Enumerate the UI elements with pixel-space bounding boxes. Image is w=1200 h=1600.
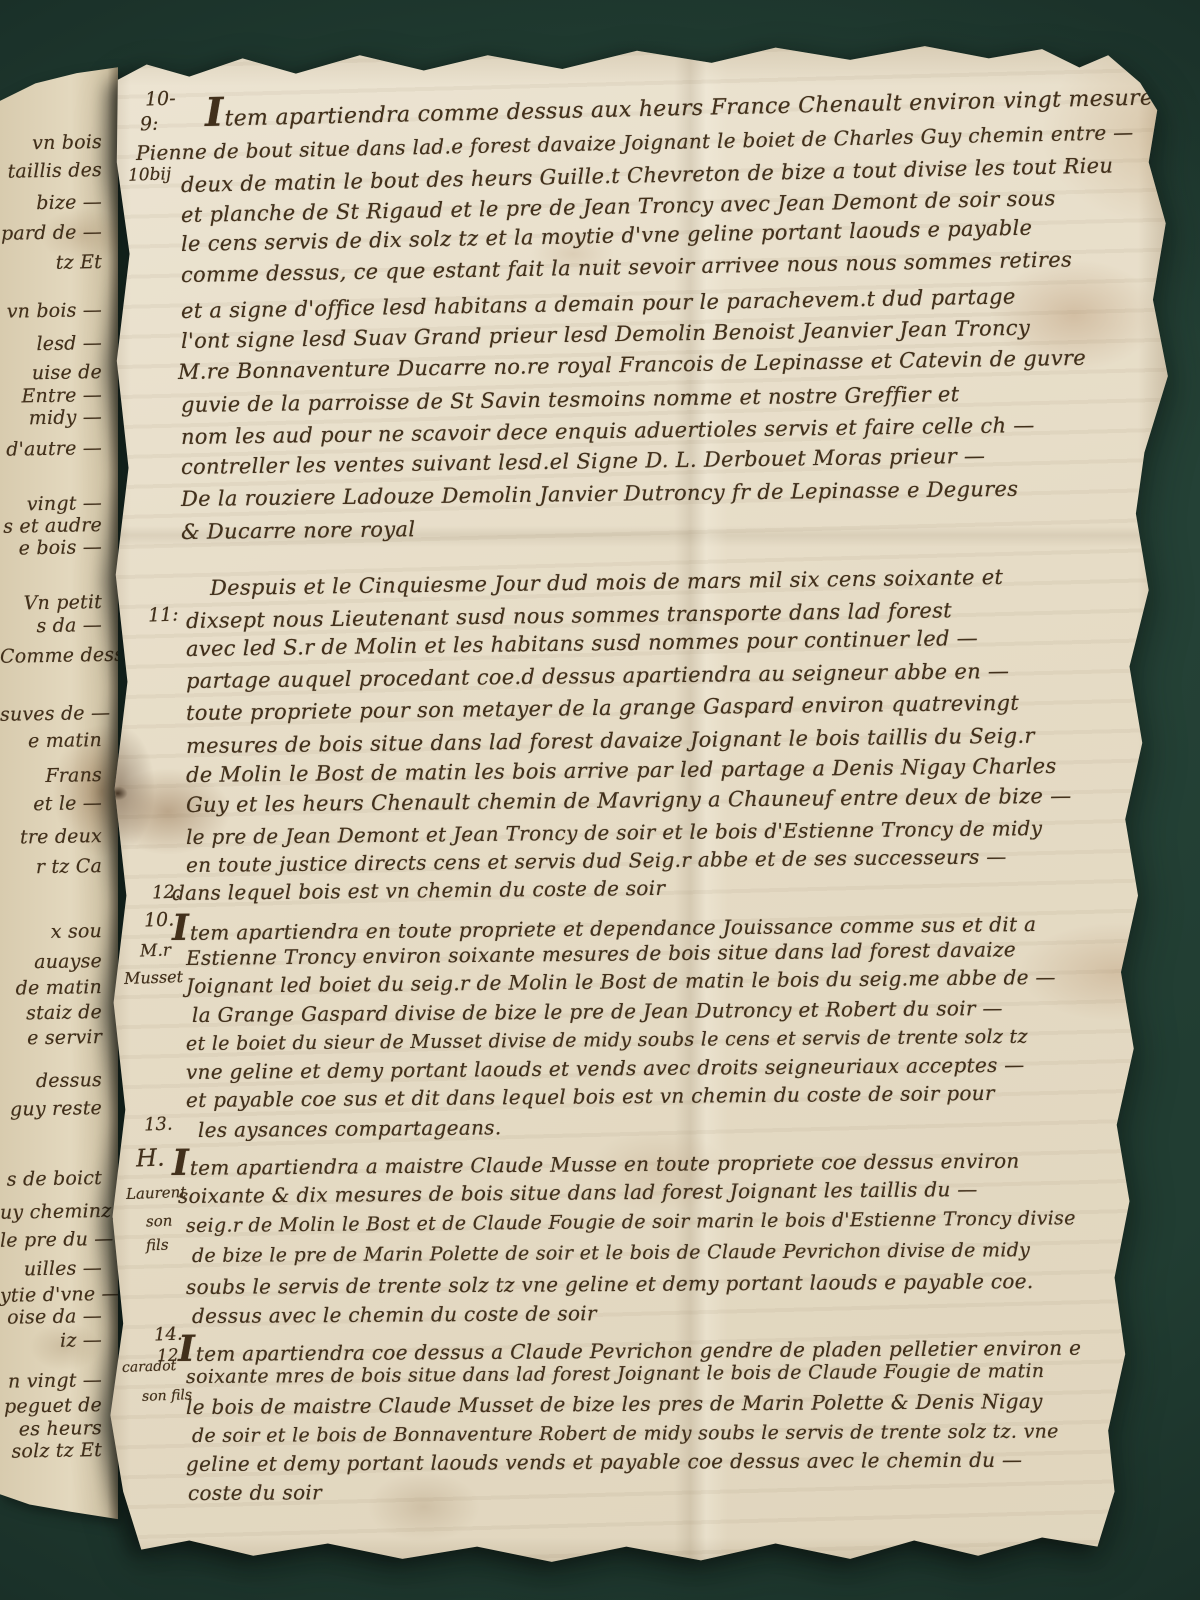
margin-number: caradot	[122, 1358, 177, 1376]
margin-number: M.r	[140, 940, 172, 961]
left-page-text-fragment: bize —	[0, 192, 102, 214]
manuscript-line: soixante & dix mesures de bois situe dan…	[178, 1176, 978, 1209]
left-page-text-fragment: vingt —	[0, 493, 102, 515]
left-page-text-fragment: staiz de	[0, 1002, 102, 1024]
left-page-text-fragment: r tz Ca	[0, 856, 102, 878]
left-page-text-fragment: e servir	[0, 1027, 102, 1049]
manuscript-photo: vn boistaillis desbize —pard de —tz Etvn…	[0, 0, 1200, 1600]
manuscript-line: De la rouziere Ladouze Demolin Janvier D…	[181, 476, 1019, 512]
manuscript-line: coste du soir	[188, 1479, 322, 1506]
manuscript-line: dans lequel bois est vn chemin du coste …	[172, 875, 666, 906]
manuscript-line: les aysances compartageans.	[198, 1114, 502, 1143]
left-page-text-fragment: uise de	[0, 362, 102, 384]
left-page-text-fragment: le pre du —	[0, 1229, 102, 1251]
left-page-text-fragment: vn bois	[0, 132, 102, 154]
left-page-edge: vn boistaillis desbize —pard de —tz Etvn…	[0, 60, 118, 1522]
left-page-text-fragment: taillis des	[0, 160, 102, 182]
margin-number: son	[146, 1212, 173, 1231]
left-page-text-fragment: peguet de	[0, 1395, 102, 1417]
margin-number: 9:	[140, 113, 159, 136]
left-page-text-fragment: Vn petit	[0, 592, 102, 614]
left-page-text-fragment: Entre —	[0, 385, 102, 407]
left-page-text-fragment: midy —	[0, 407, 102, 429]
left-page-text-fragment: et le —	[0, 793, 102, 815]
left-page-text-fragment: Frans	[0, 765, 102, 787]
manuscript-line: le bois de maistre Claude Musset de bize…	[186, 1388, 1043, 1420]
left-page-text-fragment: uilles —	[0, 1258, 102, 1280]
left-page-text-fragment: d'autre —	[0, 438, 102, 460]
manuscript-line: Guy et les heurs Chenault chemin de Mavr…	[186, 783, 1072, 818]
left-page-text-fragment: ytie d'vne —	[0, 1284, 102, 1306]
left-page-text-fragment: e bois —	[0, 537, 102, 559]
manuscript-line: Item apartiendra a maistre Claude Musse …	[172, 1143, 1020, 1181]
left-page-text-fragment: x sou	[0, 921, 102, 943]
manuscript-line: dessus avec le chemin du coste de soir	[192, 1300, 597, 1329]
manuscript-line: seig.r de Molin le Bost et de Claude Fou…	[186, 1205, 1076, 1239]
left-page-text-fragment: n vingt —	[0, 1370, 102, 1392]
margin-number: 10bij	[128, 164, 172, 185]
manuscript-line: & Ducarre nore royal	[181, 516, 416, 545]
left-page-text-fragment: guy reste	[0, 1098, 102, 1120]
left-page-text-fragment: s da —	[0, 615, 102, 637]
margin-number: H.	[136, 1144, 166, 1173]
left-page-text-fragment: tre deux	[0, 826, 102, 848]
manuscript-line: guvie de la parroisse de St Savin tesmoi…	[181, 381, 960, 418]
margin-number: 11:	[148, 603, 179, 626]
manuscript-line: contreller les ventes suivant lesd.el Si…	[181, 443, 986, 480]
left-page-text-fragment: auayse	[0, 951, 102, 973]
margin-number: son fils	[142, 1387, 193, 1405]
left-page-text-fragment: s de boict	[0, 1168, 102, 1190]
manuscript-line: et payable coe sus et dit dans lequel bo…	[186, 1080, 995, 1113]
left-page-text-fragment: s et audre	[0, 515, 102, 537]
left-page-text-fragment: es heurs	[0, 1418, 102, 1440]
left-page-paper: vn boistaillis desbize —pard de —tz Etvn…	[0, 60, 118, 1522]
left-page-text-fragment: oise da —	[0, 1306, 102, 1328]
manuscript-line: soixante mres de bois situe dans lad for…	[186, 1358, 1045, 1390]
left-page-text-fragment: solz tz Et	[0, 1440, 102, 1462]
manuscript-line: de Molin le Bost de matin les bois arriv…	[186, 753, 1057, 788]
margin-number: 10-	[145, 87, 176, 110]
left-page-text-fragment: e matin	[0, 730, 102, 752]
margin-number: fils	[146, 1236, 169, 1255]
main-page: 10-9:10bij11:12.10.M.rMusset13.H.Laurent…	[104, 40, 1170, 1568]
margin-number: 13.	[144, 1114, 173, 1136]
left-page-text-fragment: pard de —	[0, 222, 102, 244]
left-page-text-fragment: tz Et	[0, 252, 102, 274]
left-page-text-fragment: suves de —	[0, 703, 102, 725]
main-page-paper: 10-9:10bij11:12.10.M.rMusset13.H.Laurent…	[104, 40, 1170, 1568]
manuscript-line: geline et demy portant laouds vends et p…	[186, 1447, 1022, 1477]
margin-number: Musset	[124, 967, 184, 988]
manuscript-line: de soir et le bois de Bonnaventure Rober…	[192, 1418, 1059, 1449]
manuscript-line: toute propriete pour son metayer de la g…	[186, 690, 1019, 726]
left-page-text-fragment: iz —	[0, 1330, 102, 1352]
left-page-text-fragment: dessus	[0, 1070, 102, 1092]
left-page-text-fragment: vn bois —	[0, 300, 102, 322]
left-page-text-fragment: lesd —	[0, 333, 102, 355]
left-page-text-fragment: uy cheminz,	[0, 1201, 102, 1223]
left-page-text-fragment: de matin	[0, 977, 102, 999]
manuscript-line: soubs le servis de trente solz tz vne ge…	[186, 1268, 1034, 1300]
manuscript-line: Despuis et le Cinquiesme Jour dud mois d…	[210, 564, 1004, 601]
manuscript-line: de bize le pre de Marin Polette de soir …	[192, 1237, 1030, 1269]
margin-number: 10.	[144, 908, 175, 931]
left-page-text-fragment: Comme dessu.	[0, 645, 102, 667]
manuscript-line: partage auquel procedant coe.d dessus ap…	[186, 658, 1010, 694]
manuscript-line: la Grange Gaspard divise de bize le pre …	[192, 995, 1003, 1028]
